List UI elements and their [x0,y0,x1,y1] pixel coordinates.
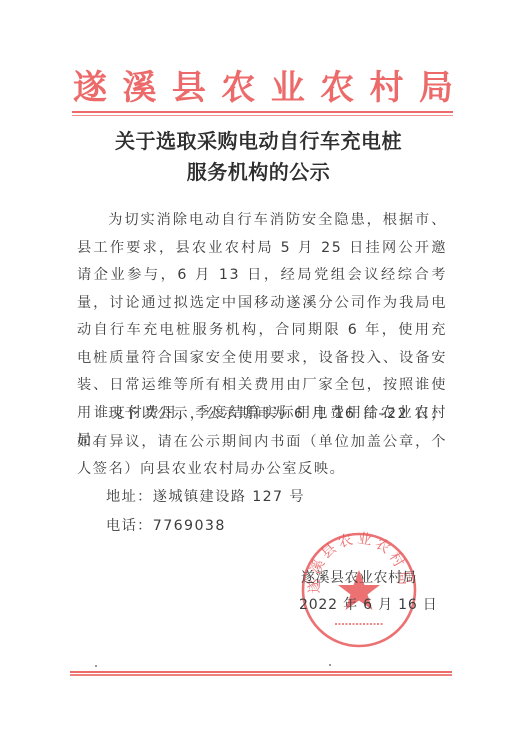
letterhead-char: 遂 [72,66,108,110]
scan-speck [95,665,97,667]
footer-divider [70,671,452,677]
signature-organization: 遂溪县农业农村局 [301,567,417,587]
letterhead-char: 村 [369,66,405,110]
contact-address: 地址：遂城镇建设路 127 号 [106,484,305,511]
letterhead-char: 农 [220,66,256,110]
letterhead-char: 业 [270,66,306,110]
signature-date: 2022 年 6 月 16 日 [299,594,438,614]
scan-speck [329,664,331,666]
document-title-line-2: 服务机构的公示 [0,156,517,185]
divider-thick-line [70,671,452,673]
contact-phone: 电话：7769038 [106,513,226,540]
divider-thin-line [70,674,452,676]
letterhead-char: 溪 [121,66,157,110]
divider-thin-line [72,115,453,116]
document-page: 遂 溪 县 农 业 农 村 局 关于选取采购电动自行车充电桩 服务机构的公示 为… [0,0,517,733]
org-letterhead: 遂 溪 县 农 业 农 村 局 [72,66,454,110]
body-paragraph-2: 现予以公示，公示期间为 6 月 16 日–22 日，如有异议，请在公示期间内书面… [77,401,447,484]
letterhead-char: 局 [418,66,454,110]
divider-thick-line [72,111,453,113]
official-seal-icon: 遂溪县农业农村局 [299,530,419,650]
header-divider [72,111,453,117]
letterhead-char: 县 [171,66,207,110]
letterhead-char: 农 [319,66,355,110]
document-title-line-1: 关于选取采购电动自行车充电桩 [0,125,517,154]
